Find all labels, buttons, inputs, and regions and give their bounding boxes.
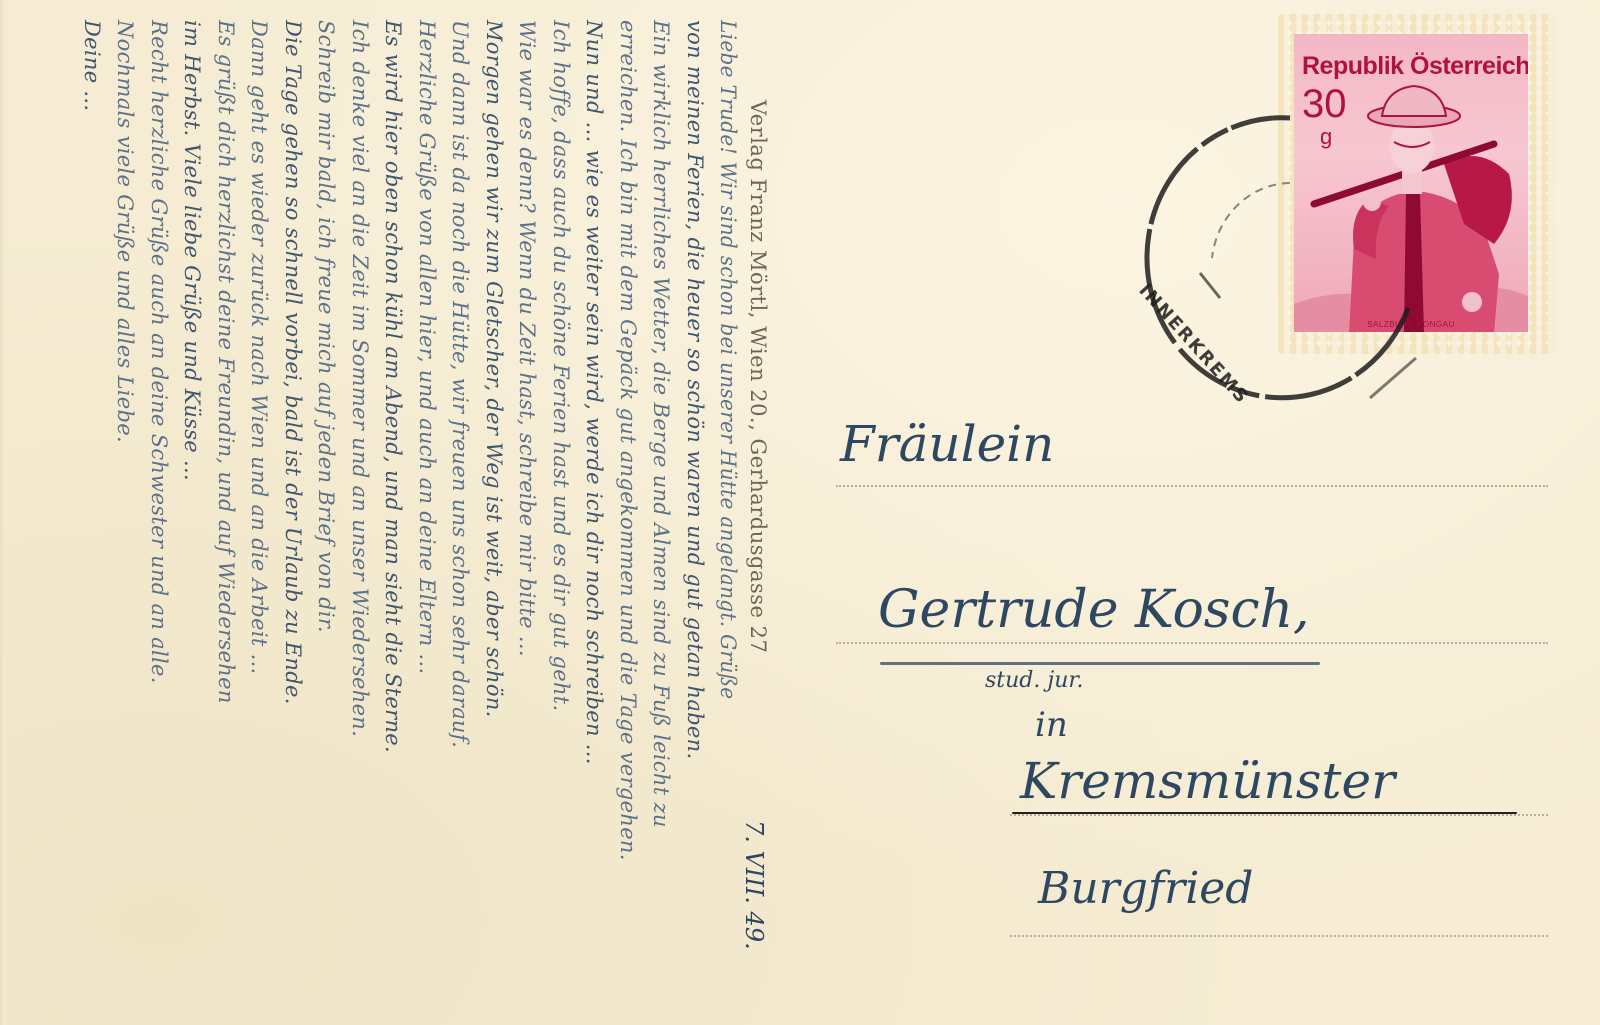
message-line: Die Tage gehen so schnell vorbei, bald i… <box>281 20 305 705</box>
recipient-district: Burgfried <box>1038 863 1253 914</box>
message-line: Recht herzliche Grüße auch an deine Schw… <box>147 20 171 684</box>
message-line: Morgen gehen wir zum Gletscher, der Weg … <box>482 20 506 718</box>
message-line: Und dann ist da noch die Hütte, wir freu… <box>448 20 472 748</box>
message-line: Nun und ... wie es weiter sein wird, wer… <box>582 20 606 765</box>
message-line: Dann geht es wieder zurück nach Wien und… <box>247 20 271 675</box>
message-line: von meinen Ferien, die heuer so schön wa… <box>683 20 707 759</box>
recipient-name: Gertrude Kosch, <box>878 580 1310 640</box>
city-underline <box>1012 812 1517 814</box>
publisher-imprint: Verlag Franz Mörtl, Wien 20., Gerhardusg… <box>746 100 770 653</box>
message-line: erreichen. Ich bin mit dem Gepäck gut an… <box>616 20 640 861</box>
address-line-1 <box>836 485 1548 487</box>
message-line: Es wird hier oben schon kühl am Abend, u… <box>381 20 405 753</box>
address-line-2 <box>836 642 1548 644</box>
message-line: Ein wirklich herrliches Wetter, die Berg… <box>649 20 673 828</box>
address-line-4 <box>1010 935 1548 937</box>
stamp-country: Republik Österreich <box>1302 52 1528 81</box>
recipient-prefix: in <box>1035 705 1068 745</box>
postmark-icon <box>1140 108 1420 408</box>
recipient-title: stud. jur. <box>985 668 1083 693</box>
address-line-3 <box>1010 814 1548 816</box>
message-line: Ich denke viel an die Zeit im Sommer und… <box>348 20 372 737</box>
handwritten-date: 7. VIII. 49. <box>740 820 768 950</box>
message-line: Es grüßt dich herzlichst deine Freundin,… <box>214 20 238 704</box>
message-line: Liebe Trude! Wir sind schon bei unserer … <box>716 20 740 699</box>
message-line: Deine ... <box>80 20 104 111</box>
message-line: Wie war es denn? Wenn du Zeit hast, schr… <box>515 20 539 657</box>
message-line: im Herbst. Viele liebe Grüße und Küsse .… <box>180 20 204 481</box>
recipient-salutation: Fräulein <box>840 415 1054 473</box>
message-line: Ich hoffe, dass auch du schöne Ferien ha… <box>549 20 573 712</box>
message-line: Herzliche Grüße von allen hier, und auch… <box>415 20 439 674</box>
recipient-city: Kremsmünster <box>1020 752 1395 810</box>
message-line: Schreib mir bald, ich freue mich auf jed… <box>314 20 338 633</box>
postcard-back: Liebe Trude! Wir sind schon bei unserer … <box>0 0 1600 1025</box>
message-line: Nochmals viele Grüße und alles Liebe. <box>113 20 137 443</box>
card-edge <box>0 0 6 1025</box>
name-underline <box>880 662 1320 665</box>
